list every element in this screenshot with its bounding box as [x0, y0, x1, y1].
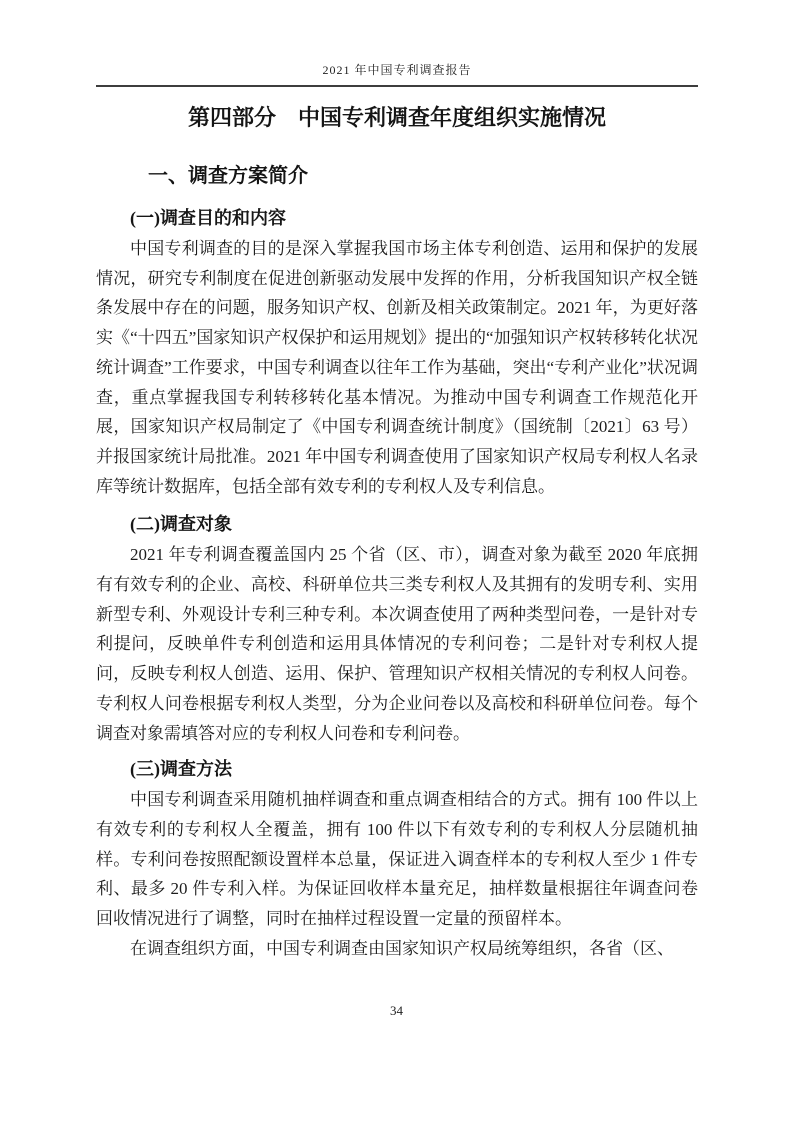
part-title: 第四部分 中国专利调查年度组织实施情况 — [96, 103, 698, 133]
paragraph: 2021 年专利调查覆盖国内 25 个省（区、市），调查对象为截至 2020 年… — [96, 540, 698, 748]
page-number: 34 — [0, 1003, 793, 1019]
section-heading: (三)调查方法 — [130, 756, 698, 782]
paragraph: 中国专利调查的目的是深入掌握我国市场主体专利创造、运用和保护的发展情况，研究专利… — [96, 234, 698, 501]
section-survey-method: (三)调查方法 中国专利调查采用随机抽样调查和重点调查相结合的方式。拥有 100… — [96, 756, 698, 963]
paragraph: 在调查组织方面，中国专利调查由国家知识产权局统筹组织，各省（区、 — [96, 934, 698, 964]
chapter-heading: 一、调查方案简介 — [148, 164, 698, 188]
section-heading: (二)调查对象 — [130, 511, 698, 537]
paragraph: 中国专利调查采用随机抽样调查和重点调查相结合的方式。拥有 100 件以上有效专利… — [96, 785, 698, 934]
header-rule — [96, 85, 698, 87]
section-heading: (一)调查目的和内容 — [130, 205, 698, 231]
page-content: 2021 年中国专利调查报告 第四部分 中国专利调查年度组织实施情况 一、调查方… — [0, 0, 793, 963]
running-header: 2021 年中国专利调查报告 — [96, 0, 698, 79]
section-survey-purpose: (一)调查目的和内容 中国专利调查的目的是深入掌握我国市场主体专利创造、运用和保… — [96, 205, 698, 501]
document-page: 2021 年中国专利调查报告 第四部分 中国专利调查年度组织实施情况 一、调查方… — [0, 0, 793, 1122]
section-survey-subjects: (二)调查对象 2021 年专利调查覆盖国内 25 个省（区、市），调查对象为截… — [96, 511, 698, 748]
